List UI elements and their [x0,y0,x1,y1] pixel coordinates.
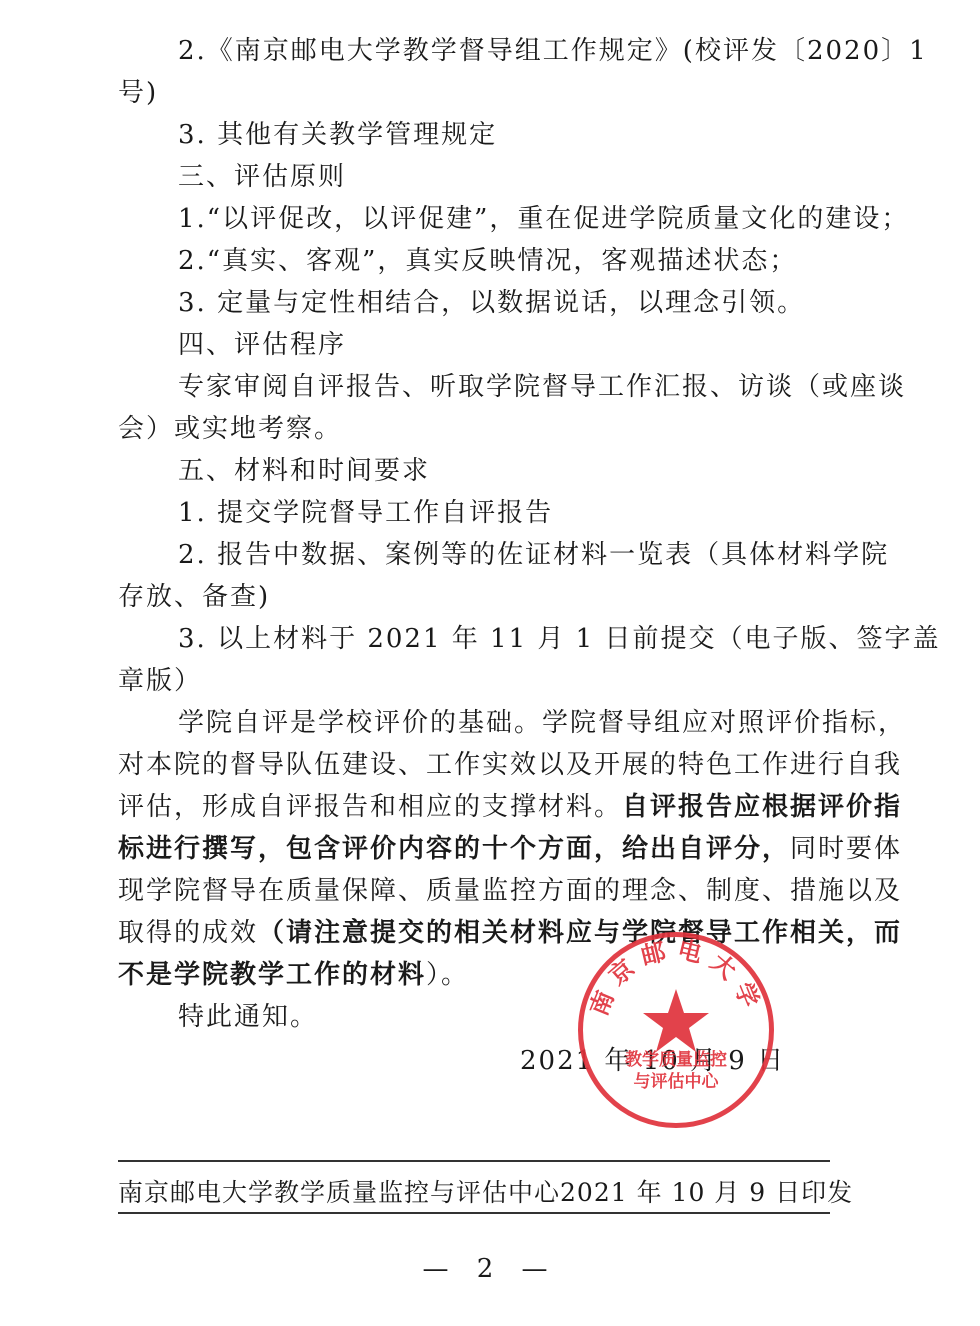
line-text: 1. 提交学院督导工作自评报告 [178,498,553,528]
line-text: 现学院督导在质量保障、质量监控方面的理念、制度、措施以及 [118,876,902,906]
principle-3: 3. 定量与定性相结合，以数据说话，以理念引领。 [178,286,805,320]
reference-item-2-cont: 号) [118,76,158,110]
line-text: 2. 报告中数据、案例等的佐证材料一览表（具体材料学院 [178,540,889,570]
body-paragraph-line-7: 不是学院教学工作的材料）。 [118,958,469,992]
material-item-3: 3. 以上材料于 2021 年 11 月 1 日前提交（电子版、签字盖 [178,622,940,656]
bold-text: 自评报告应根据评价指 [622,792,902,822]
bold-text: 不是学院教学工作的材料 [118,960,426,990]
line-text: 四、评估程序 [178,330,346,360]
procedure-text: 专家审阅自评报告、听取学院督导工作汇报、访谈（或座谈 [178,370,906,404]
line-text: 3. 以上材料于 2021 年 11 月 1 日前提交（电子版、签字盖 [178,624,940,654]
line-text: 3. 定量与定性相结合，以数据说话，以理念引领。 [178,288,805,318]
section-heading-principles: 三、评估原则 [178,160,346,194]
official-seal: 南京邮电大学 教学质量监控 与评估中心 [578,932,774,1128]
line-text: 专家审阅自评报告、听取学院督导工作汇报、访谈（或座谈 [178,372,906,402]
line-text: ）。 [426,960,469,990]
seal-line-2: 与评估中心 [583,1071,769,1093]
line-text: 特此通知。 [178,1002,318,1032]
footer-bottom-rule [118,1212,830,1214]
line-text: 评估，形成自评报告和相应的支撑材料。 [118,792,622,822]
footer-issue-date: 2021 年 10 月 9 日印发 [560,1176,853,1210]
line-text: 2.“真实、客观”，真实反映情况，客观描述状态； [178,246,797,276]
line-text: 存放、备查) [118,582,270,612]
document-page: 2.《南京邮电大学教学督导组工作规定》(校评发〔2020〕1 号) 3. 其他有… [0,0,980,1326]
closing-notice: 特此通知。 [178,1000,318,1034]
line-text: 3. 其他有关教学管理规定 [178,120,497,150]
line-text: 取得的成效 [118,918,258,948]
line-text: 同时要体 [790,834,902,864]
line-text: 学院自评是学校评价的基础。学院督导组应对照评价指标， [178,708,906,738]
line-text: 三、评估原则 [178,162,346,192]
procedure-text-cont: 会）或实地考察。 [118,412,342,446]
body-paragraph-line-6: 取得的成效（请注意提交的相关材料应与学院督导工作相关，而 [118,916,902,950]
footer-issue-info: 南京邮电大学教学质量监控与评估中心 2021 年 10 月 9 日印发 [118,1176,830,1210]
material-item-2-cont: 存放、备查) [118,580,270,614]
section-heading-procedure: 四、评估程序 [178,328,346,362]
body-paragraph-line-5: 现学院督导在质量保障、质量监控方面的理念、制度、措施以及 [118,874,902,908]
material-item-3-cont: 章版） [118,664,202,698]
section-heading-materials: 五、材料和时间要求 [178,454,430,488]
reference-item-3: 3. 其他有关教学管理规定 [178,118,497,152]
line-text: 对本院的督导队伍建设、工作实效以及开展的特色工作进行自我 [118,750,902,780]
page-number: — 2 — [0,1254,980,1284]
footer-top-rule [118,1160,830,1162]
body-paragraph-line-4: 标进行撰写，包含评价内容的十个方面，给出自评分，同时要体 [118,832,902,866]
footer-issuer: 南京邮电大学教学质量监控与评估中心 [118,1176,560,1210]
bold-text: 标进行撰写，包含评价内容的十个方面，给出自评分， [118,834,790,864]
principle-1: 1.“以评促改，以评促建”，重在促进学院质量文化的建设； [178,202,909,236]
star-icon [643,989,709,1052]
line-text: 五、材料和时间要求 [178,456,430,486]
line-text: 号) [118,78,158,108]
line-text: 章版） [118,666,202,696]
line-text: 1.“以评促改，以评促建”，重在促进学院质量文化的建设； [178,204,909,234]
bold-text: （请注意提交的相关材料应与学院督导工作相关，而 [258,918,902,948]
body-paragraph-line-2: 对本院的督导队伍建设、工作实效以及开展的特色工作进行自我 [118,748,902,782]
material-item-1: 1. 提交学院督导工作自评报告 [178,496,553,530]
seal-graphic: 南京邮电大学 [583,937,769,1123]
line-text: 会）或实地考察。 [118,414,342,444]
line-text: 2.《南京邮电大学教学督导组工作规定》(校评发〔2020〕1 [178,36,928,66]
body-paragraph-line-3: 评估，形成自评报告和相应的支撑材料。自评报告应根据评价指 [118,790,902,824]
material-item-2: 2. 报告中数据、案例等的佐证材料一览表（具体材料学院 [178,538,889,572]
seal-line-1: 教学质量监控 [583,1049,769,1071]
reference-item-2: 2.《南京邮电大学教学督导组工作规定》(校评发〔2020〕1 [178,34,928,68]
body-paragraph-line-1: 学院自评是学校评价的基础。学院督导组应对照评价指标， [178,706,906,740]
seal-center-text: 教学质量监控 与评估中心 [583,1049,769,1093]
principle-2: 2.“真实、客观”，真实反映情况，客观描述状态； [178,244,797,278]
